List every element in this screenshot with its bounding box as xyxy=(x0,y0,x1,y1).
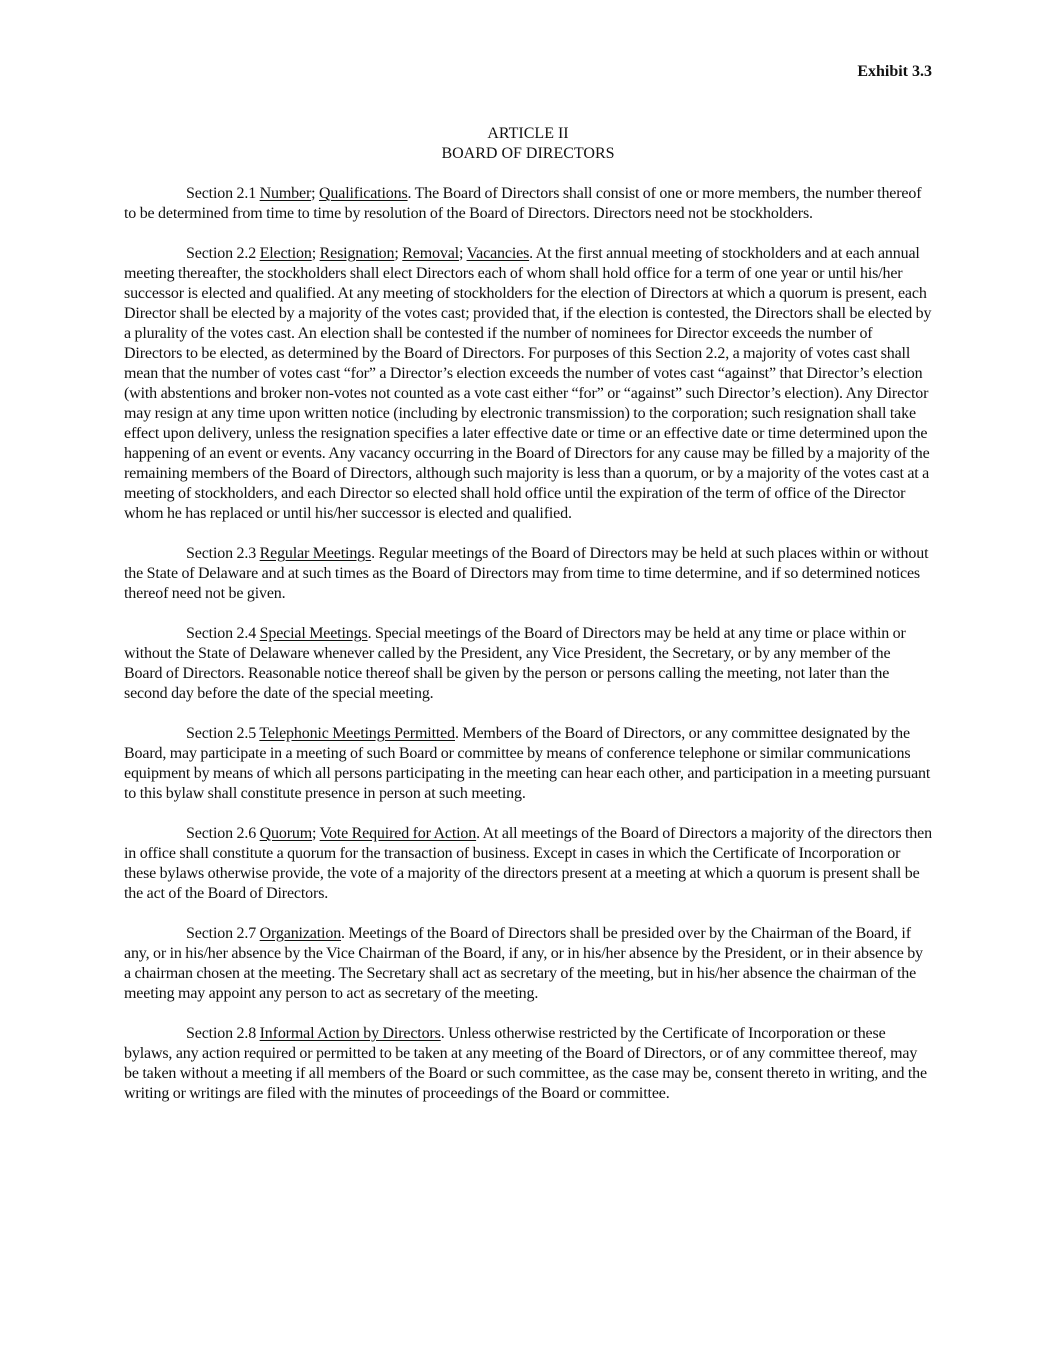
section-heading: Organization xyxy=(260,925,341,942)
section-heading: Vote Required for Action xyxy=(320,825,477,842)
section-heading: Informal Action by Directors xyxy=(260,1025,441,1042)
section-heading: Telephonic Meetings Permitted xyxy=(259,725,455,742)
section-heading: Number xyxy=(260,185,312,202)
section-heading: Resignation xyxy=(320,245,395,262)
section-2-6: Section 2.6 Quorum; Vote Required for Ac… xyxy=(124,824,932,904)
section-2-4: Section 2.4 Special Meetings. Special me… xyxy=(124,624,932,704)
section-2-1: Section 2.1 Number; Qualifications. The … xyxy=(124,184,932,224)
exhibit-label: Exhibit 3.3 xyxy=(857,62,932,82)
article-heading: ARTICLE II BOARD OF DIRECTORS xyxy=(124,124,932,164)
section-heading: Vacancies xyxy=(467,245,530,262)
section-number: Section 2.8 xyxy=(186,1025,256,1042)
section-heading: Regular Meetings xyxy=(260,545,372,562)
section-body: . At the first annual meeting of stockho… xyxy=(124,245,931,522)
section-number: Section 2.2 xyxy=(186,245,256,262)
section-2-5: Section 2.5 Telephonic Meetings Permitte… xyxy=(124,724,932,804)
section-number: Section 2.7 xyxy=(186,925,256,942)
section-heading: Removal xyxy=(402,245,459,262)
article-title: BOARD OF DIRECTORS xyxy=(124,144,932,164)
section-number: Section 2.4 xyxy=(186,625,256,642)
article-number: ARTICLE II xyxy=(124,124,932,144)
section-number: Section 2.1 xyxy=(186,185,256,202)
section-number: Section 2.3 xyxy=(186,545,256,562)
section-number: Section 2.6 xyxy=(186,825,256,842)
section-2-8: Section 2.8 Informal Action by Directors… xyxy=(124,1024,932,1104)
section-heading: Special Meetings xyxy=(260,625,368,642)
section-heading: Election xyxy=(260,245,312,262)
section-number: Section 2.5 xyxy=(186,725,256,742)
section-heading: Qualifications xyxy=(319,185,408,202)
sections-list: Section 2.1 Number; Qualifications. The … xyxy=(124,184,932,1124)
section-2-7: Section 2.7 Organization. Meetings of th… xyxy=(124,924,932,1004)
section-2-3: Section 2.3 Regular Meetings. Regular me… xyxy=(124,544,932,604)
section-heading: Quorum xyxy=(260,825,312,842)
section-2-2: Section 2.2 Election; Resignation; Remov… xyxy=(124,244,932,524)
